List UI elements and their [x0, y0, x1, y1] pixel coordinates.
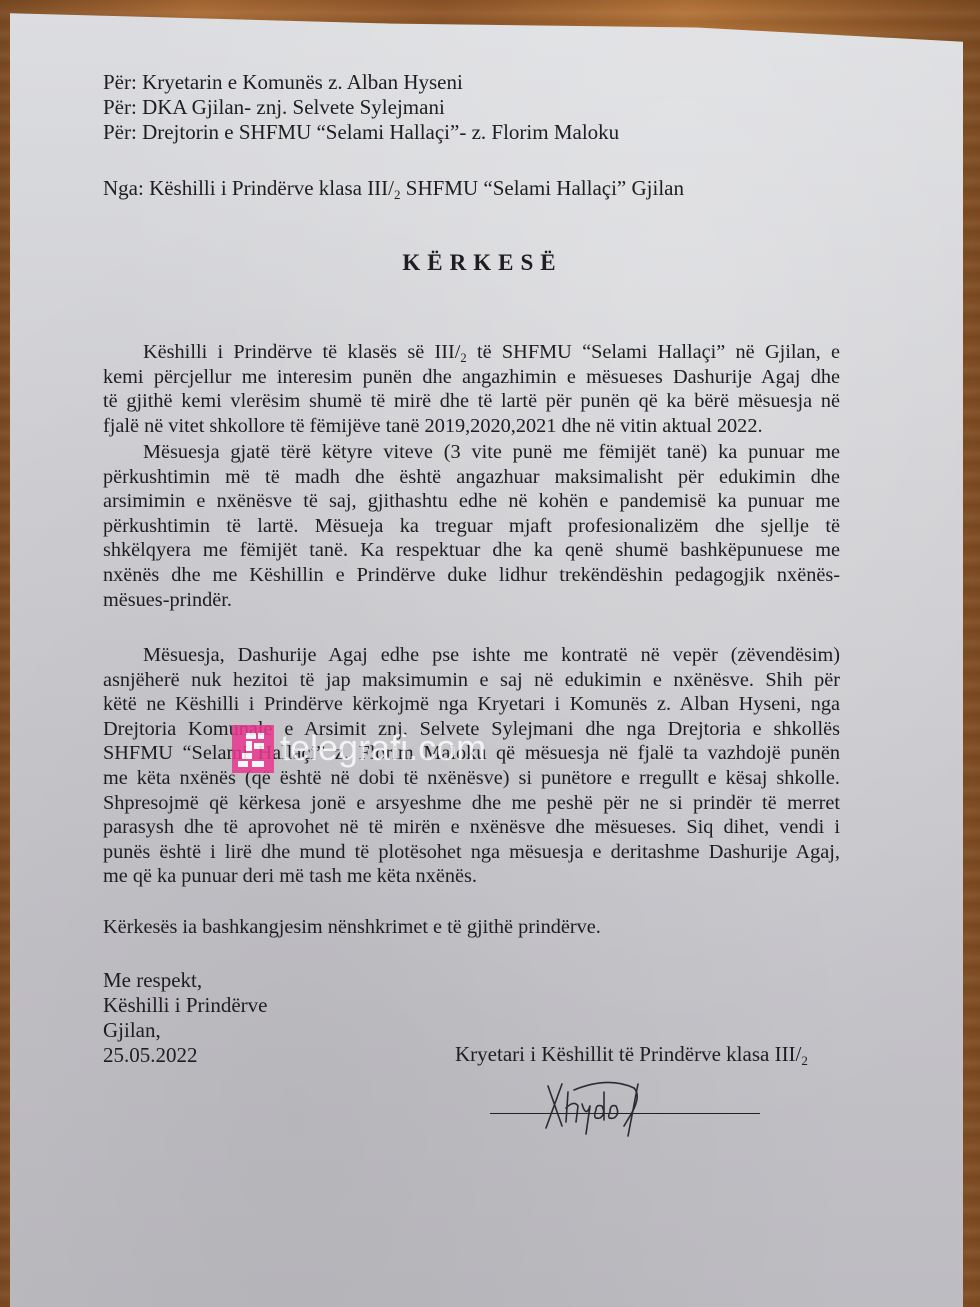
paragraph-line: arsimimin e nxënësve të saj, gjithashtu …	[103, 489, 840, 514]
paragraph-line: asnjëherë nuk hezitoi të jap maksimumin …	[103, 668, 840, 693]
paragraph-line: të gjithë kemi vlerësim shumë të mirë dh…	[103, 389, 840, 414]
paragraph-4: Kërkesës ia bashkangjesim nënshkrimet e …	[103, 915, 840, 940]
telegrafi-logo-icon	[232, 725, 274, 773]
sender-line: Nga: Këshilli i Prindërve klasa III/2 SH…	[103, 176, 684, 207]
paragraph-line: mësues-prindër.	[103, 588, 840, 613]
closing-salutation: Me respekt,	[103, 968, 267, 993]
paragraph-line: parasysh dhe të aprovohet në të mirën e …	[103, 815, 840, 840]
paragraph-line: Mësuesja, Dashurije Agaj edhe pse ishte …	[103, 643, 840, 668]
paragraph-2: Mësuesja gjatë tërë këtyre viteve (3 vit…	[103, 440, 840, 612]
recipient-mayor: Për: Kryetarin e Komunës z. Alban Hyseni	[103, 70, 619, 95]
paragraph-line: me që ka punuar deri më tash me këta nxë…	[103, 864, 840, 889]
closing-place: Gjilan,	[103, 1018, 267, 1043]
paragraph-line: fjalë në vitet shkollore të fëmijëve tan…	[103, 414, 840, 439]
recipient-dka: Për: DKA Gjilan- znj. Selvete Sylejmani	[103, 95, 619, 120]
handwritten-signature-icon	[538, 1070, 668, 1140]
paragraph-line: përkushtimin më të madh dhe është angazh…	[103, 465, 840, 490]
paragraph-line: Shpresojmë që kërkesa jonë e arsyeshme d…	[103, 791, 840, 816]
closing-date: 25.05.2022	[103, 1043, 267, 1068]
paragraph-line: kemi përcjellur me interesim punën dhe a…	[103, 365, 840, 390]
paragraph-line: këtë ne Këshilli i Prindërve kërkojmë ng…	[103, 692, 840, 717]
recipients-block: Për: Kryetarin e Komunës z. Alban Hyseni…	[103, 70, 619, 145]
paragraph-1: Këshilli i Prindërve të klasës së III/2 …	[103, 340, 840, 438]
paragraph-line: Mësuesja gjatë tërë këtyre viteve (3 vit…	[103, 440, 840, 465]
paragraph-line: shkëlqyera me fëmijët tanë. Ka respektua…	[103, 538, 840, 563]
paragraph-line: nxënës dhe me Këshillin e Prindërve duke…	[103, 563, 840, 588]
telegrafi-watermark: telegrafi.com	[232, 725, 552, 775]
paragraph-line: përkushtimin të lartë. Mësueja ka tregua…	[103, 514, 840, 539]
closing-organization: Këshilli i Prindërve	[103, 993, 267, 1018]
signatory-title: Kryetari i Këshillit të Prindërve klasa …	[455, 1042, 808, 1073]
watermark-text: telegrafi.com	[280, 727, 486, 769]
document-title: KËRKESË	[0, 250, 965, 276]
recipient-director: Për: Drejtorin e SHFMU “Selami Hallaçi”-…	[103, 120, 619, 145]
paragraph-line: Kërkesës ia bashkangjesim nënshkrimet e …	[103, 915, 840, 940]
closing-block: Me respekt, Këshilli i Prindërve Gjilan,…	[103, 968, 267, 1068]
paragraph-line: Këshilli i Prindërve të klasës së III/2 …	[103, 340, 840, 365]
paragraph-line: punës është i lirë dhe mund të plotësohe…	[103, 840, 840, 865]
